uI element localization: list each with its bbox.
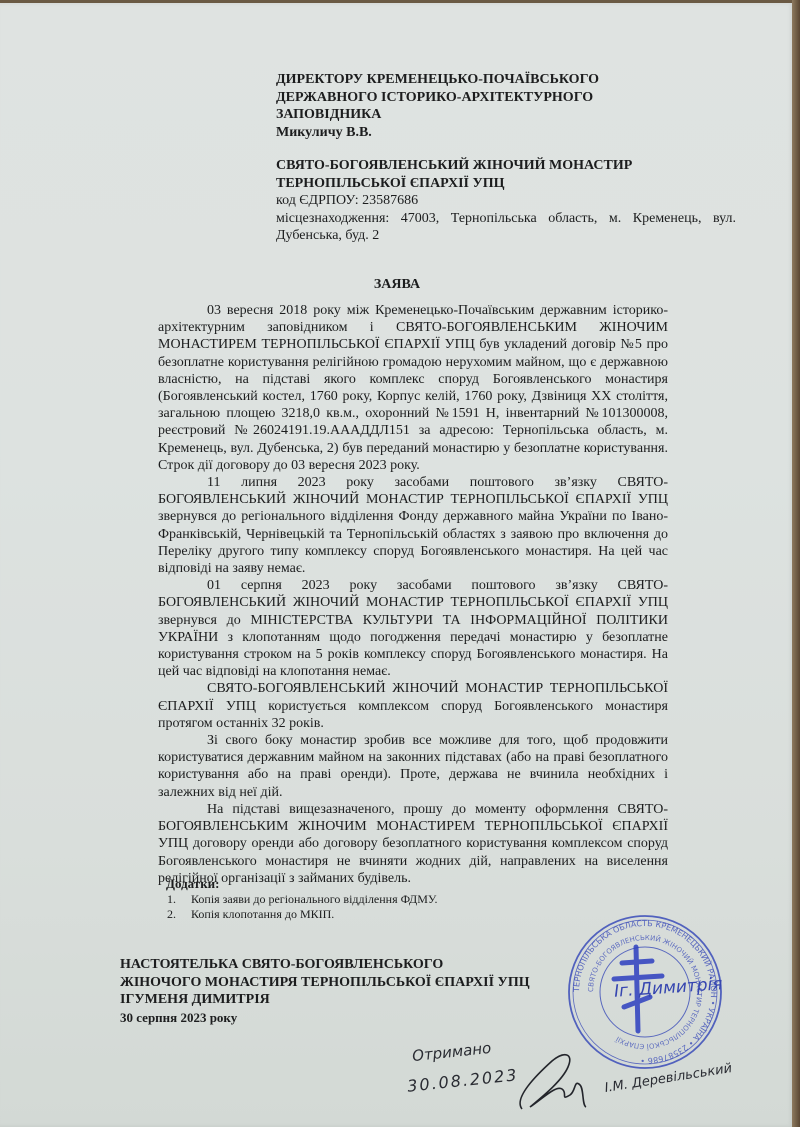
- addressee-line: ЗАПОВІДНИКА: [276, 106, 736, 124]
- sender-name-line: ТЕРНОПІЛЬСЬКОЇ ЄПАРХІЇ УПЦ: [276, 175, 736, 193]
- signature-line: ІГУМЕНЯ ДИМИТРІЯ: [120, 991, 600, 1009]
- addressee-line: ДЕРЖАВНОГО ІСТОРИКО-АРХІТЕКТУРНОГО: [276, 89, 736, 107]
- signature-line: НАСТОЯТЕЛЬКА СВЯТО-БОГОЯВЛЕНСЬКОГО: [120, 956, 600, 974]
- attachment-item: 2. Копія клопотання до МКІП.: [166, 907, 586, 922]
- page-edge-shadow: [792, 0, 800, 1127]
- attachments-header: Додатки:: [166, 876, 586, 891]
- attachment-text: Копія клопотання до МКІП.: [191, 907, 334, 922]
- body-paragraph: Зі свого боку монастир зробив все можлив…: [158, 732, 668, 801]
- document-title: ЗАЯВА: [0, 277, 794, 293]
- body-paragraph: СВЯТО-БОГОЯВЛЕНСЬКИЙ ЖІНОЧИЙ МОНАСТИР ТЕ…: [158, 680, 668, 732]
- signature-date: 30 серпня 2023 року: [120, 1009, 600, 1027]
- attachment-number: 2.: [166, 907, 191, 922]
- body-paragraph: 11 липня 2023 року засобами поштового зв…: [158, 474, 668, 577]
- addressee-line: ДИРЕКТОРУ КРЕМЕНЕЦЬКО-ПОЧАЇВСЬКОГО: [276, 71, 736, 89]
- sender-block: СВЯТО-БОГОЯВЛЕНСЬКИЙ ЖІНОЧИЙ МОНАСТИР ТЕ…: [276, 157, 736, 245]
- addressee-name: Микуличу В.В.: [276, 124, 736, 142]
- receipt-note-label: Отримано: [411, 1039, 492, 1065]
- signature-block: НАСТОЯТЕЛЬКА СВЯТО-БОГОЯВЛЕНСЬКОГО ЖІНОЧ…: [120, 956, 600, 1026]
- body-paragraph: 03 вересня 2018 року між Кременецько-Поч…: [158, 302, 668, 474]
- sender-location: місцезнаходження: 47003, Тернопільська о…: [276, 210, 736, 245]
- addressee-block: ДИРЕКТОРУ КРЕМЕНЕЦЬКО-ПОЧАЇВСЬКОГО ДЕРЖА…: [276, 71, 736, 141]
- attachment-number: 1.: [166, 892, 191, 907]
- attachment-item: 1. Копія заяви до регіонального відділен…: [166, 892, 586, 907]
- sender-name-line: СВЯТО-БОГОЯВЛЕНСЬКИЙ ЖІНОЧИЙ МОНАСТИР: [276, 157, 736, 175]
- attachments-block: Додатки: 1. Копія заяви до регіонального…: [166, 876, 586, 922]
- body-paragraph: На підставі вищезазначеного, прошу до мо…: [158, 801, 668, 887]
- signature-line: ЖІНОЧОГО МОНАСТИРЯ ТЕРНОПІЛЬСЬКОЇ ЄПАРХІ…: [120, 974, 600, 992]
- document-body: 03 вересня 2018 року між Кременецько-Поч…: [158, 302, 668, 887]
- receipt-note-date: 30.08.2023: [406, 1065, 519, 1096]
- document-page: ДИРЕКТОРУ КРЕМЕНЕЦЬКО-ПОЧАЇВСЬКОГО ДЕРЖА…: [0, 3, 794, 1127]
- attachment-text: Копія заяви до регіонального відділення …: [191, 892, 437, 907]
- handwritten-signature-icon: [512, 1049, 590, 1115]
- sender-code: код ЄДРПОУ: 23587686: [276, 192, 736, 210]
- body-paragraph: 01 серпня 2023 року засобами поштового з…: [158, 577, 668, 680]
